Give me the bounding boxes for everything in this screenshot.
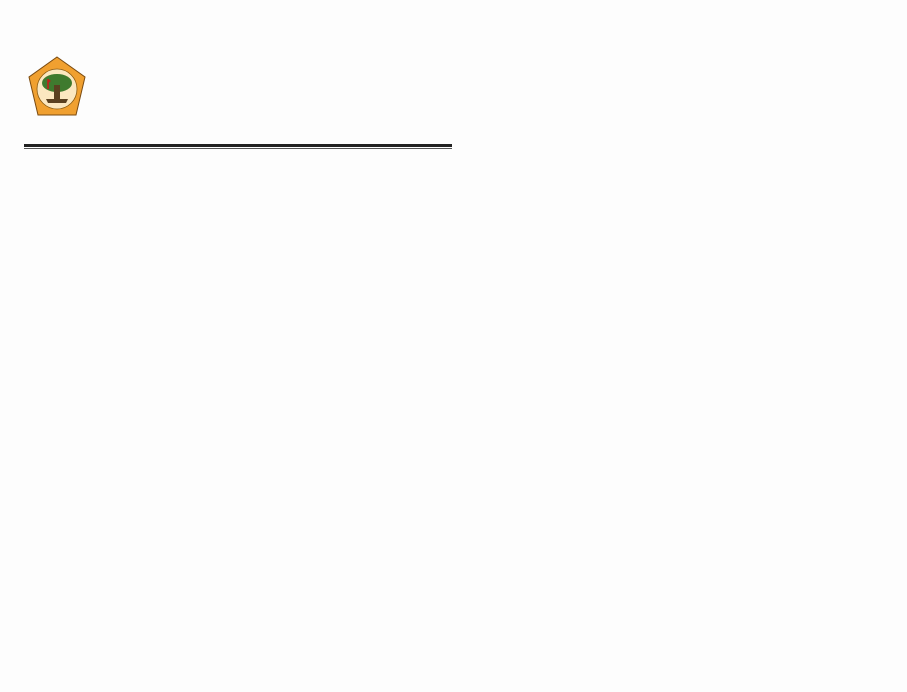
university-emblem-icon (26, 55, 88, 121)
announcement-page (0, 0, 907, 692)
header-divider (24, 144, 452, 147)
header-divider-thin (24, 148, 452, 149)
